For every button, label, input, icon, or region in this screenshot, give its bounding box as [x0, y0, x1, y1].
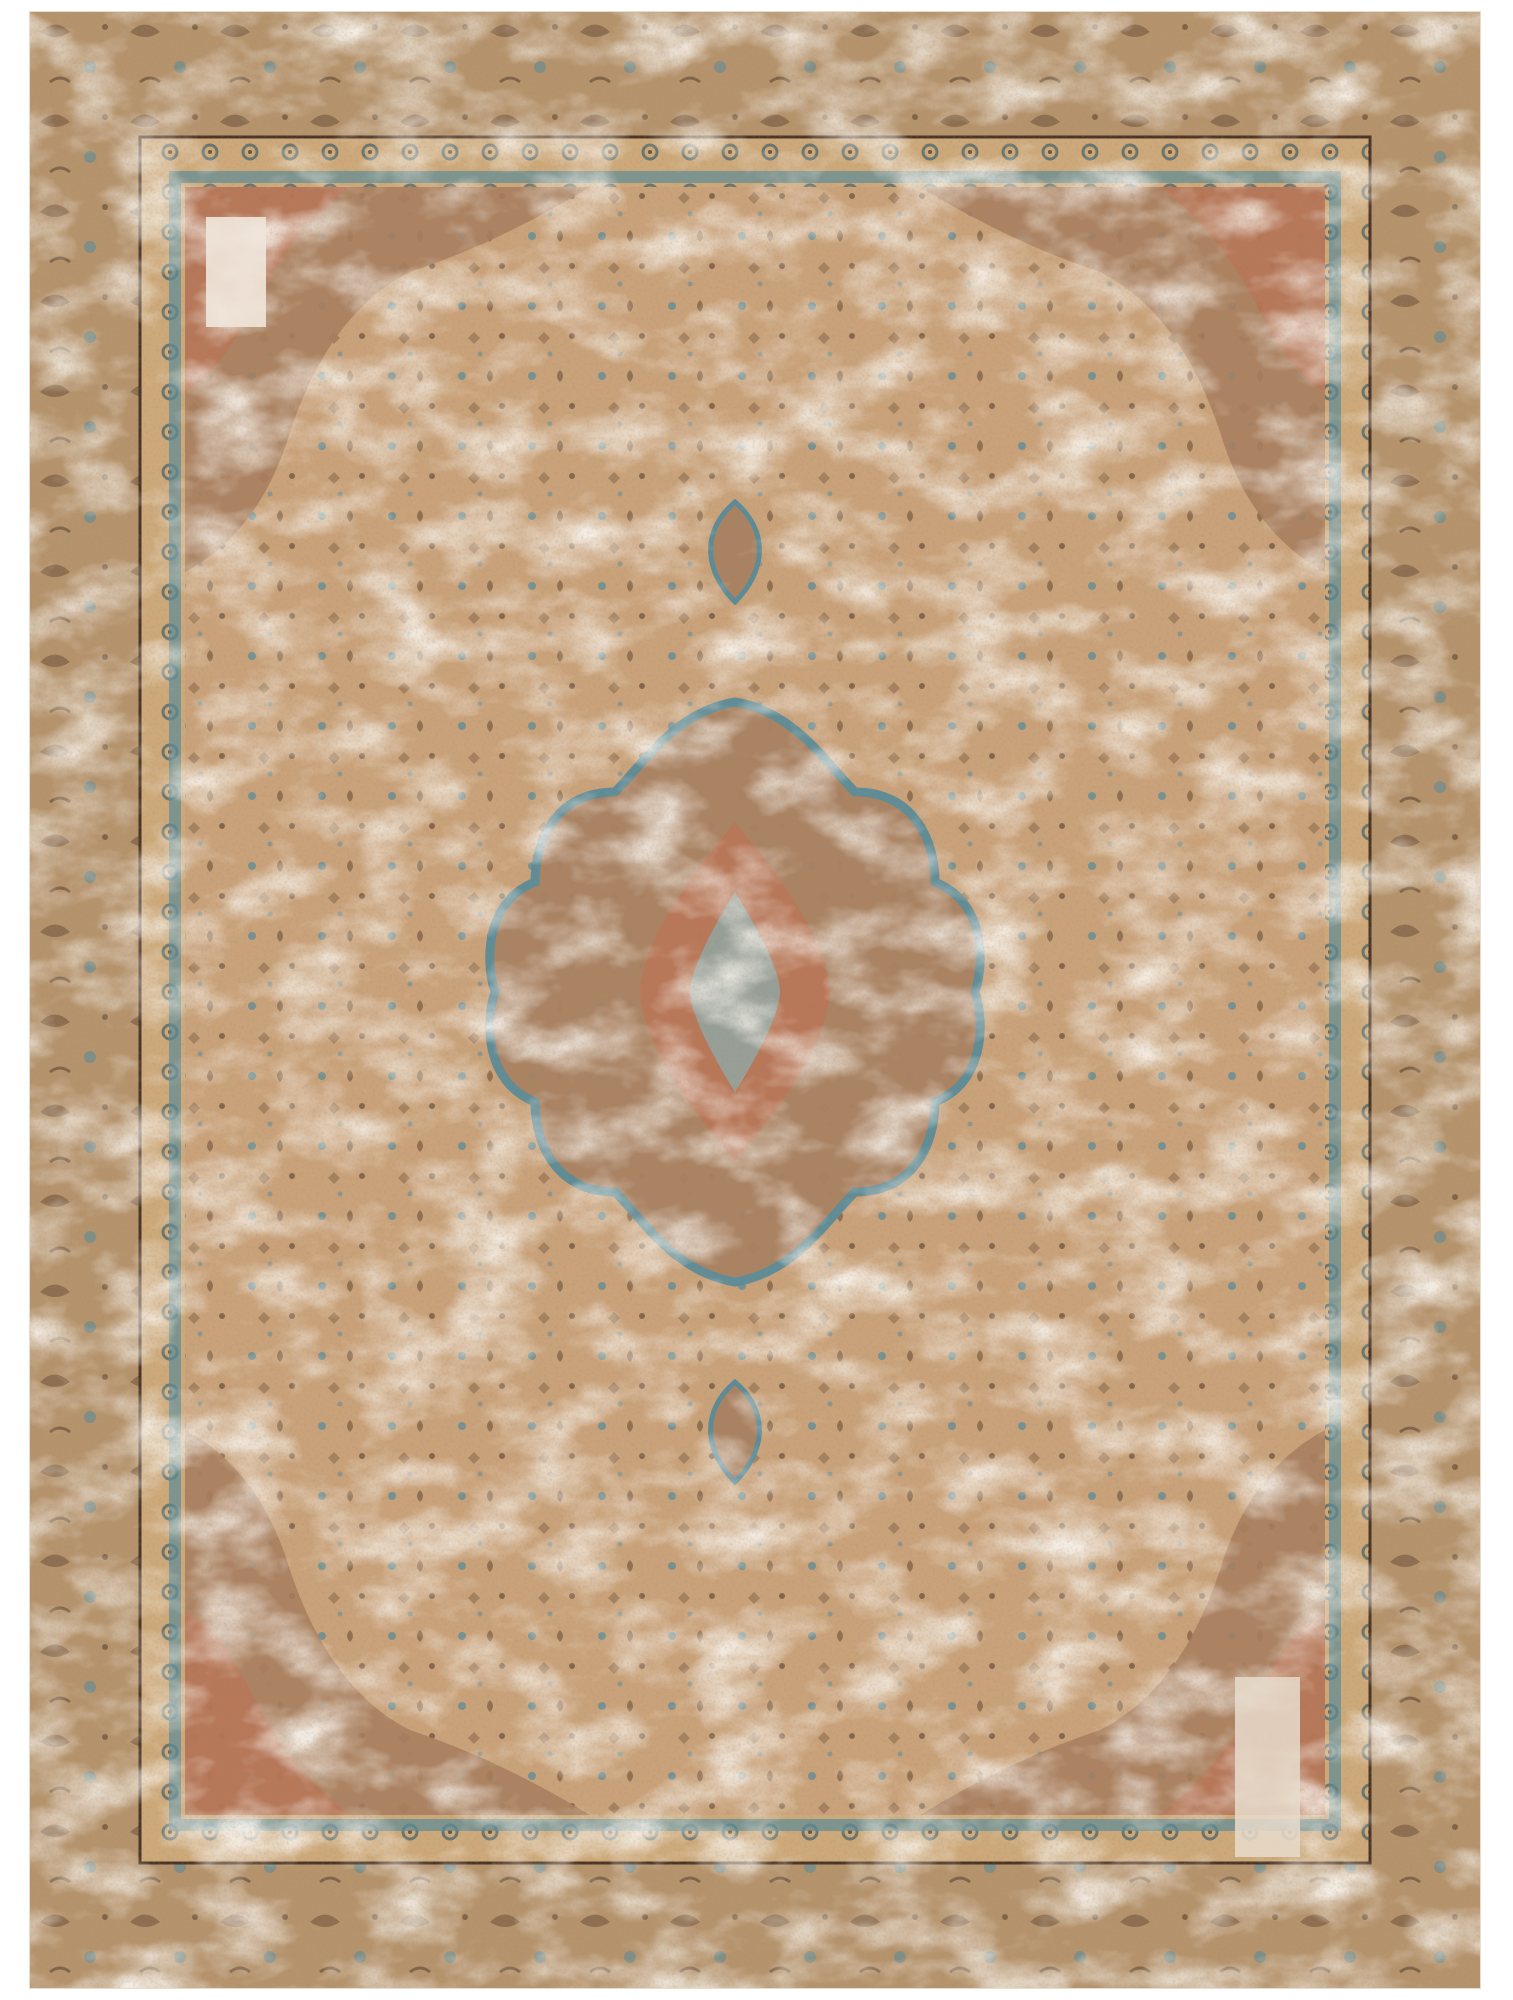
rug-illustration [30, 12, 1480, 1988]
worn-patch-bottom-right [1235, 1677, 1300, 1857]
persian-rug [30, 12, 1480, 1988]
worn-patch-top-left [206, 217, 266, 327]
